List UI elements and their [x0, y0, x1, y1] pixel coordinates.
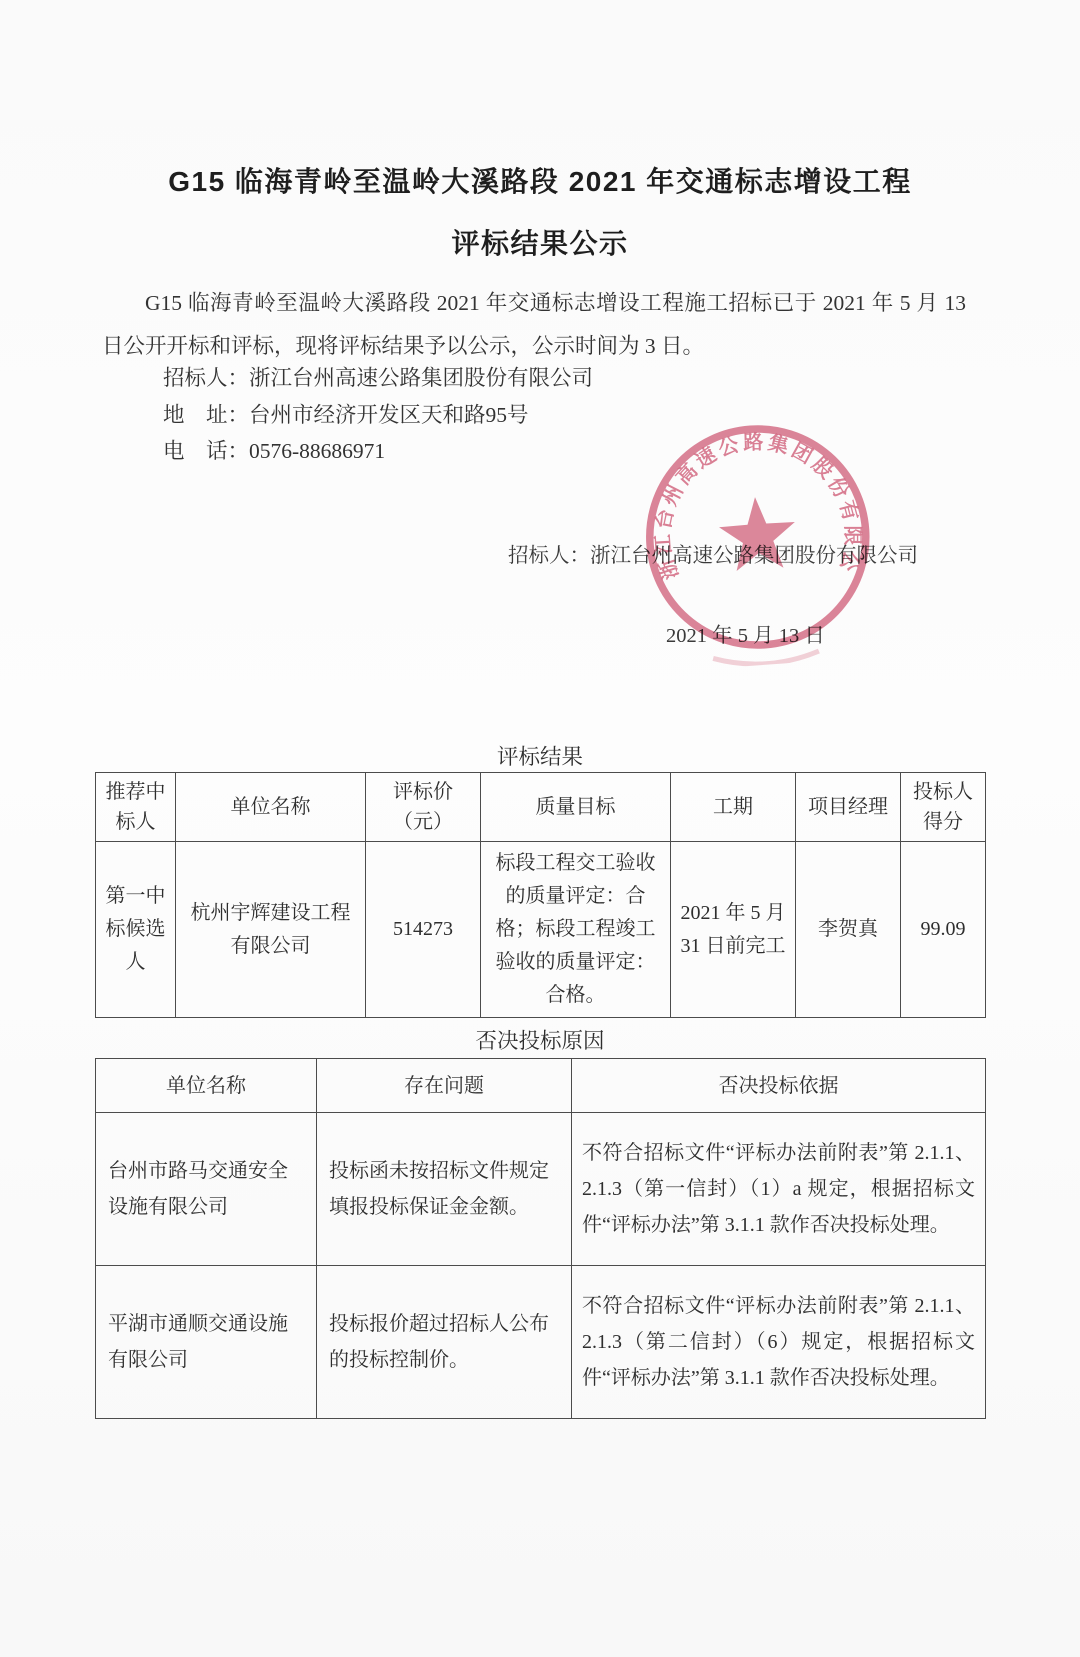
column-header: 工期: [671, 773, 796, 842]
column-header: 推荐中标人: [96, 773, 176, 842]
table-cell: 第一中标候选人: [96, 842, 176, 1018]
column-header: 评标价（元）: [366, 773, 481, 842]
column-header: 存在问题: [317, 1059, 572, 1113]
column-header: 否决投标依据: [572, 1059, 986, 1113]
column-header: 项目经理: [796, 773, 901, 842]
phone-line: 电 话：0576-88686971: [163, 433, 593, 470]
column-header: 投标人得分: [901, 773, 986, 842]
table-row: 平湖市通顺交通设施有限公司 投标报价超过招标人公布的投标控制价。 不符合招标文件…: [96, 1266, 986, 1419]
document-page: G15 临海青岭至温岭大溪路段 2021 年交通标志增设工程 评标结果公示 G1…: [0, 0, 1080, 1657]
address-line: 地 址：台州市经济开发区天和路95号: [163, 397, 593, 434]
seal-text: 浙江台州高速公路集团股份有限公司: [625, 407, 868, 594]
table-cell: 不符合招标文件“评标办法前附表”第 2.1.1、2.1.3（第二信封）（6）规定…: [572, 1266, 986, 1419]
table-row: 第一中标候选人 杭州宇辉建设工程有限公司 514273 标段工程交工验收的质量评…: [96, 842, 986, 1018]
contact-block: 招标人：浙江台州高速公路集团股份有限公司 地 址：台州市经济开发区天和路95号 …: [163, 360, 593, 470]
table-cell: 标段工程交工验收的质量评定：合格；标段工程竣工验收的质量评定：合格。: [481, 842, 671, 1018]
table-cell: 台州市路马交通安全设施有限公司: [96, 1113, 317, 1266]
seal-text-holder: 浙江台州高速公路集团股份有限公司: [625, 407, 868, 594]
table-cell: 99.09: [901, 842, 986, 1018]
reject-table-title: 否决投标原因: [0, 1024, 1080, 1055]
table-cell: 514273: [366, 842, 481, 1018]
star-icon: [717, 494, 798, 572]
company-seal: 浙江台州高速公路集团股份有限公司: [625, 407, 892, 674]
column-header: 单位名称: [96, 1059, 317, 1113]
seal-ghost-mark: [713, 651, 819, 667]
table-cell: 李贺真: [796, 842, 901, 1018]
table-cell: 杭州宇辉建设工程有限公司: [176, 842, 366, 1018]
intro-paragraph: G15 临海青岭至温岭大溪路段 2021 年交通标志增设工程施工招标已于 202…: [102, 282, 966, 368]
table-cell: 不符合招标文件“评标办法前附表”第 2.1.1、2.1.3（第一信封）（1）a …: [572, 1113, 986, 1266]
column-header: 质量目标: [481, 773, 671, 842]
table-cell: 平湖市通顺交通设施有限公司: [96, 1266, 317, 1419]
reject-table: 单位名称 存在问题 否决投标依据 台州市路马交通安全设施有限公司 投标函未按招标…: [95, 1058, 986, 1419]
table-cell: 2021 年 5 月 31 日前完工: [671, 842, 796, 1018]
table-cell: 投标函未按招标文件规定填报投标保证金金额。: [317, 1113, 572, 1266]
result-table-title: 评标结果: [0, 740, 1080, 771]
table-row: 台州市路马交通安全设施有限公司 投标函未按招标文件规定填报投标保证金金额。 不符…: [96, 1113, 986, 1266]
result-header-row: 推荐中标人 单位名称 评标价（元） 质量目标 工期 项目经理 投标人得分: [96, 773, 986, 842]
result-table: 推荐中标人 单位名称 评标价（元） 质量目标 工期 项目经理 投标人得分 第一中…: [95, 772, 986, 1018]
document-subtitle: 评标结果公示: [0, 222, 1080, 262]
table-cell: 投标报价超过招标人公布的投标控制价。: [317, 1266, 572, 1419]
reject-header-row: 单位名称 存在问题 否决投标依据: [96, 1059, 986, 1113]
document-title: G15 临海青岭至温岭大溪路段 2021 年交通标志增设工程: [0, 160, 1080, 200]
column-header: 单位名称: [176, 773, 366, 842]
tenderer-line: 招标人：浙江台州高速公路集团股份有限公司: [163, 360, 593, 397]
